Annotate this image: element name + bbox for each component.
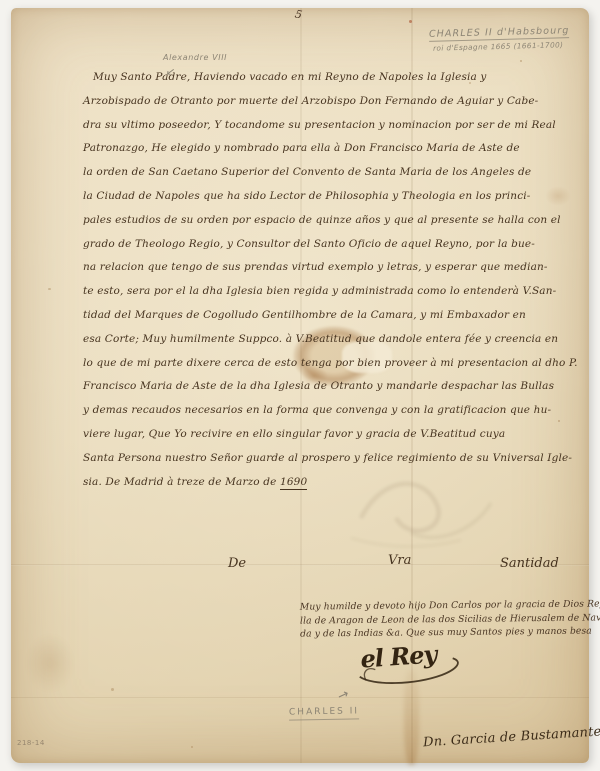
valediction-vra: Vra <box>388 553 411 568</box>
letter-line: pales estudios de su orden por espacio d… <box>83 209 535 233</box>
stain <box>545 186 571 206</box>
pencil-bottom-note: CHARLES II <box>289 706 359 720</box>
letter-line: Francisco Maria de Aste de la dha Iglesi… <box>83 375 535 399</box>
signature-flourish <box>351 635 474 693</box>
archival-corner-mark: 218-14 <box>17 739 45 747</box>
letter-line: tidad del Marques de Cogolludo Gentilhom… <box>83 304 535 328</box>
pencil-arrow-icon: → <box>335 686 351 704</box>
letter-line: esa Corte; Muy humilmente Suppco. à V.Be… <box>83 328 535 352</box>
letter-line: y demas recaudos necesarios en la forma … <box>83 399 535 423</box>
letter-line: Arzobispado de Otranto por muerte del Ar… <box>83 90 535 114</box>
foxing-speck <box>558 420 560 422</box>
valediction-de: De <box>228 556 246 571</box>
letter-line: Muy Santo Padre, Haviendo vacado en mi R… <box>83 66 535 90</box>
pencil-pope-note: Alexandre VIII <box>163 53 227 62</box>
royal-signature: el Rey <box>351 635 474 693</box>
foxing-speck <box>409 20 412 23</box>
foxing-speck <box>520 60 522 62</box>
letter-line: viere lugar, Que Yo recivire en ello sin… <box>83 423 535 447</box>
letter-body: Muy Santo Padre, Haviendo vacado en mi R… <box>83 66 535 494</box>
foxing-speck <box>111 688 114 691</box>
pencil-attribution-dates: roi d'Espagne 1665 (1661-1700) <box>433 40 564 52</box>
stain <box>26 634 74 692</box>
letter-date-line: sia. De Madrid à treze de Marzo de 1690 <box>83 471 535 495</box>
letter-line: Santa Persona nuestro Señor guarde al pr… <box>83 447 535 471</box>
document-photo: 5 CHARLES II d'Habsbourg roi d'Espagne 1… <box>0 0 600 771</box>
letter-line: grado de Theologo Regio, y Consultor del… <box>83 233 535 257</box>
foxing-speck <box>191 746 193 748</box>
manuscript-paper: 5 CHARLES II d'Habsbourg roi d'Espagne 1… <box>11 8 589 763</box>
letter-line: te esto, sera por el la dha Iglesia bien… <box>83 280 535 304</box>
pencil-attribution-name: CHARLES II d'Habsbourg <box>429 25 570 42</box>
letter-line: lo que de mi parte dixere cerca de esto … <box>83 352 535 376</box>
letter-line: la orden de San Caetano Superior del Con… <box>83 161 535 185</box>
valediction-santidad: Santidad <box>500 556 559 571</box>
secretary-signature: Dn. Garcia de Bustamante ſſ <box>423 725 599 751</box>
letter-line: Patronazgo, He elegido y nombrado para e… <box>83 137 535 161</box>
date-text: sia. De Madrid à treze de Marzo de <box>83 476 280 488</box>
letter-line: dra su vltimo poseedor, Y tocandome su p… <box>83 114 535 138</box>
letter-line: na relacion que tengo de sus prendas vir… <box>83 256 535 280</box>
date-year: 1690 <box>280 476 307 490</box>
letter-line: la Ciudad de Napoles que ha sido Lector … <box>83 185 535 209</box>
royal-subscription: Muy humilde y devoto hijo Don Carlos por… <box>300 597 600 641</box>
foxing-speck <box>48 288 51 290</box>
